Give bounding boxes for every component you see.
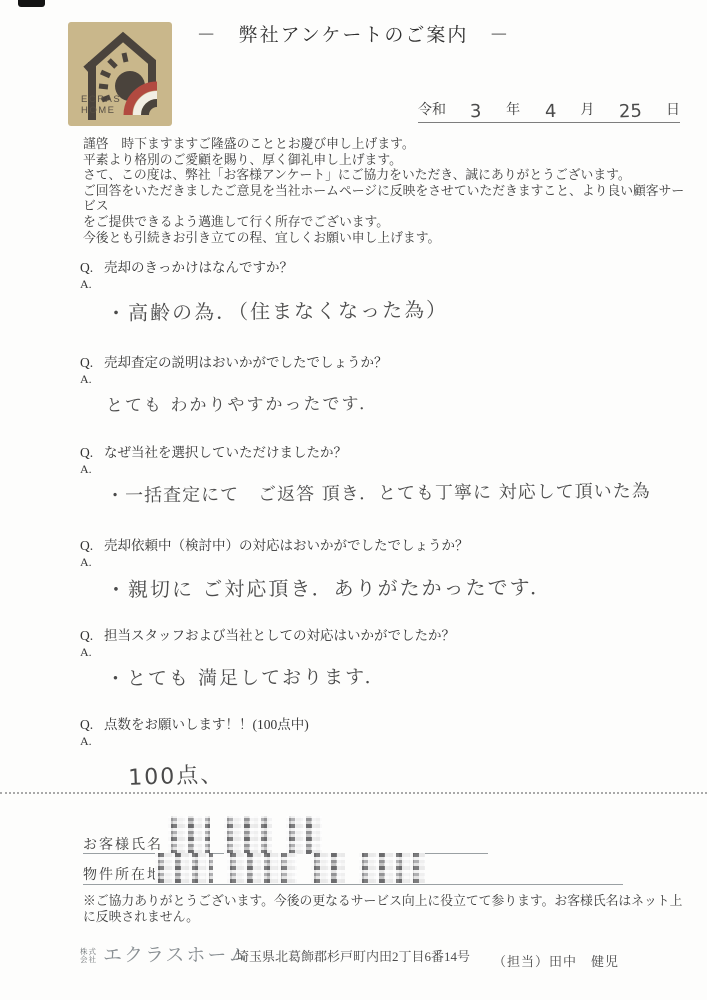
property-location-label: 物件所在地 [83,864,163,884]
logo-text-line1: ECRAS [81,94,121,105]
question-row: Q.売却のきっかけはなんですか？ [80,256,692,276]
property-location-underline [83,884,623,885]
greeting-line: ご回答をいただきましたご意見を当社ホームページに反映をさせていただきますこと、よ… [83,184,689,215]
date-day-unit: 日 [666,99,680,119]
date-day-handwritten: 25 [618,105,641,120]
customer-name-redaction [168,816,322,854]
handwritten-answer: とても わかりやすかったです． [106,387,692,416]
redaction-block [227,853,297,883]
redaction-block [359,853,425,883]
question-row: Q.売却依頼中（検討中）の対応はおいかがでしたでしょうか？ [80,534,692,554]
footnote: ※ご協力ありがとうございます。今後の更なるサービス向上に役立てて参ります。お客様… [83,893,687,925]
question-text: 点数をお願いします！！(100点中) [104,717,309,732]
question-row: Q.担当スタッフおよび当社としての対応はいかがでしたか？ [80,624,692,644]
handwritten-answer: ・とても 満足しております． [106,660,692,691]
qa-block-2: Q.売却査定の説明はおいかがでしたでしょうか？ A. とても わかりやすかったで… [80,351,692,414]
a-label: A. [80,645,692,660]
question-text: 売却依頼中（検討中）の対応はおいかがでしたでしょうか？ [104,538,469,553]
date-month-handwritten: 4 [544,105,556,119]
a-label: A. [80,372,692,387]
redaction-block [286,816,322,854]
date-year-unit: 年 [506,99,520,119]
q-label: Q. [80,260,104,276]
document-title: － 弊社アンケートのご案内 － [0,20,707,47]
dotted-divider [0,792,707,794]
greeting-line: さて、この度は、弊社「お客様アンケート」にご協力をいただき、誠にありがとうござい… [83,168,689,184]
a-label: A. [80,555,692,570]
q-label: Q. [80,355,104,371]
scan-artifact [18,0,45,7]
question-text: 売却査定の説明はおいかがでしたでしょうか？ [104,355,388,370]
property-location-redaction [155,853,425,883]
handwritten-answer: ・親切に ご対応頂き．ありがたかったです． [106,570,692,602]
question-text: 担当スタッフおよび当社としての対応はいかがでしたか？ [104,628,455,643]
customer-name-label: お客様氏名 [83,834,163,854]
q-label: Q. [80,628,104,644]
handwritten-answer: ・一括査定にて ご返答 頂き．とても丁寧に 対応して頂いた為 [106,476,692,507]
redaction-block [224,816,272,854]
q-label: Q. [80,717,104,733]
date-month-unit: 月 [580,99,594,119]
question-text: 売却のきっかけはなんですか？ [104,260,293,275]
date-year-handwritten: 3 [470,105,482,119]
company-address: 埼玉県北葛飾郡杉戸町内田2丁目6番14号 [236,946,470,965]
question-row: Q.売却査定の説明はおいかがでしたでしょうか？ [80,351,692,371]
company-prefix: 株式 会社 [80,948,97,964]
qa-block-3: Q.なぜ当社を選択していただけましたか？ A. ・一括査定にて ご返答 頂き．と… [80,441,692,505]
greeting-line: 謹啓 時下ますますご隆盛のこととお慶び申し上げます。 [83,137,689,153]
q-label: Q. [80,445,104,461]
greeting-line: をご提供できるよう邁進して行く所存でございます。 [83,215,689,231]
handwritten-answer: ・高齢の為．（住まなくなった為） [106,291,692,326]
greeting-paragraph: 謹啓 時下ますますご隆盛のこととお慶び申し上げます。 平素より格別のご愛顧を賜り… [83,137,689,246]
question-row: Q.点数をお願いします！！(100点中) [80,713,692,733]
date-line: 令和 3 年 4 月 25 日 [418,99,680,123]
company-contact: （担当）田中 健児 [493,951,619,970]
q-label: Q. [80,538,104,554]
greeting-line: 今後とも引続きお引き立ての程、宜しくお願い申し上げます。 [83,231,689,247]
greeting-line: 平素より格別のご愛顧を賜り、厚く御礼申し上げます。 [83,153,689,169]
question-text: なぜ当社を選択していただけましたか？ [104,445,347,460]
qa-block-5: Q.担当スタッフおよび当社としての対応はいかがでしたか？ A. ・とても 満足し… [80,624,692,689]
qa-block-6: Q.点数をお願いします！！(100点中) A. 100点、 [80,713,692,782]
qa-block-1: Q.売却のきっかけはなんですか？ A. ・高齢の為．（住まなくなった為） [80,256,692,323]
date-era: 令和 [418,99,446,119]
company-prefix-bottom: 会社 [80,956,97,964]
question-row: Q.なぜ当社を選択していただけましたか？ [80,441,692,461]
logo-text-line2: HOME [81,105,116,116]
survey-document: ECRAS HOME － 弊社アンケートのご案内 － 令和 3 年 4 月 25… [0,0,707,1000]
redaction-block [155,853,213,883]
company-name: エクラスホーム [103,940,249,967]
a-label: A. [80,462,692,477]
redaction-block [168,816,210,854]
qa-block-4: Q.売却依頼中（検討中）の対応はおいかがでしたでしょうか？ A. ・親切に ご対… [80,534,692,601]
a-label: A. [80,277,692,292]
redaction-block [311,853,345,883]
